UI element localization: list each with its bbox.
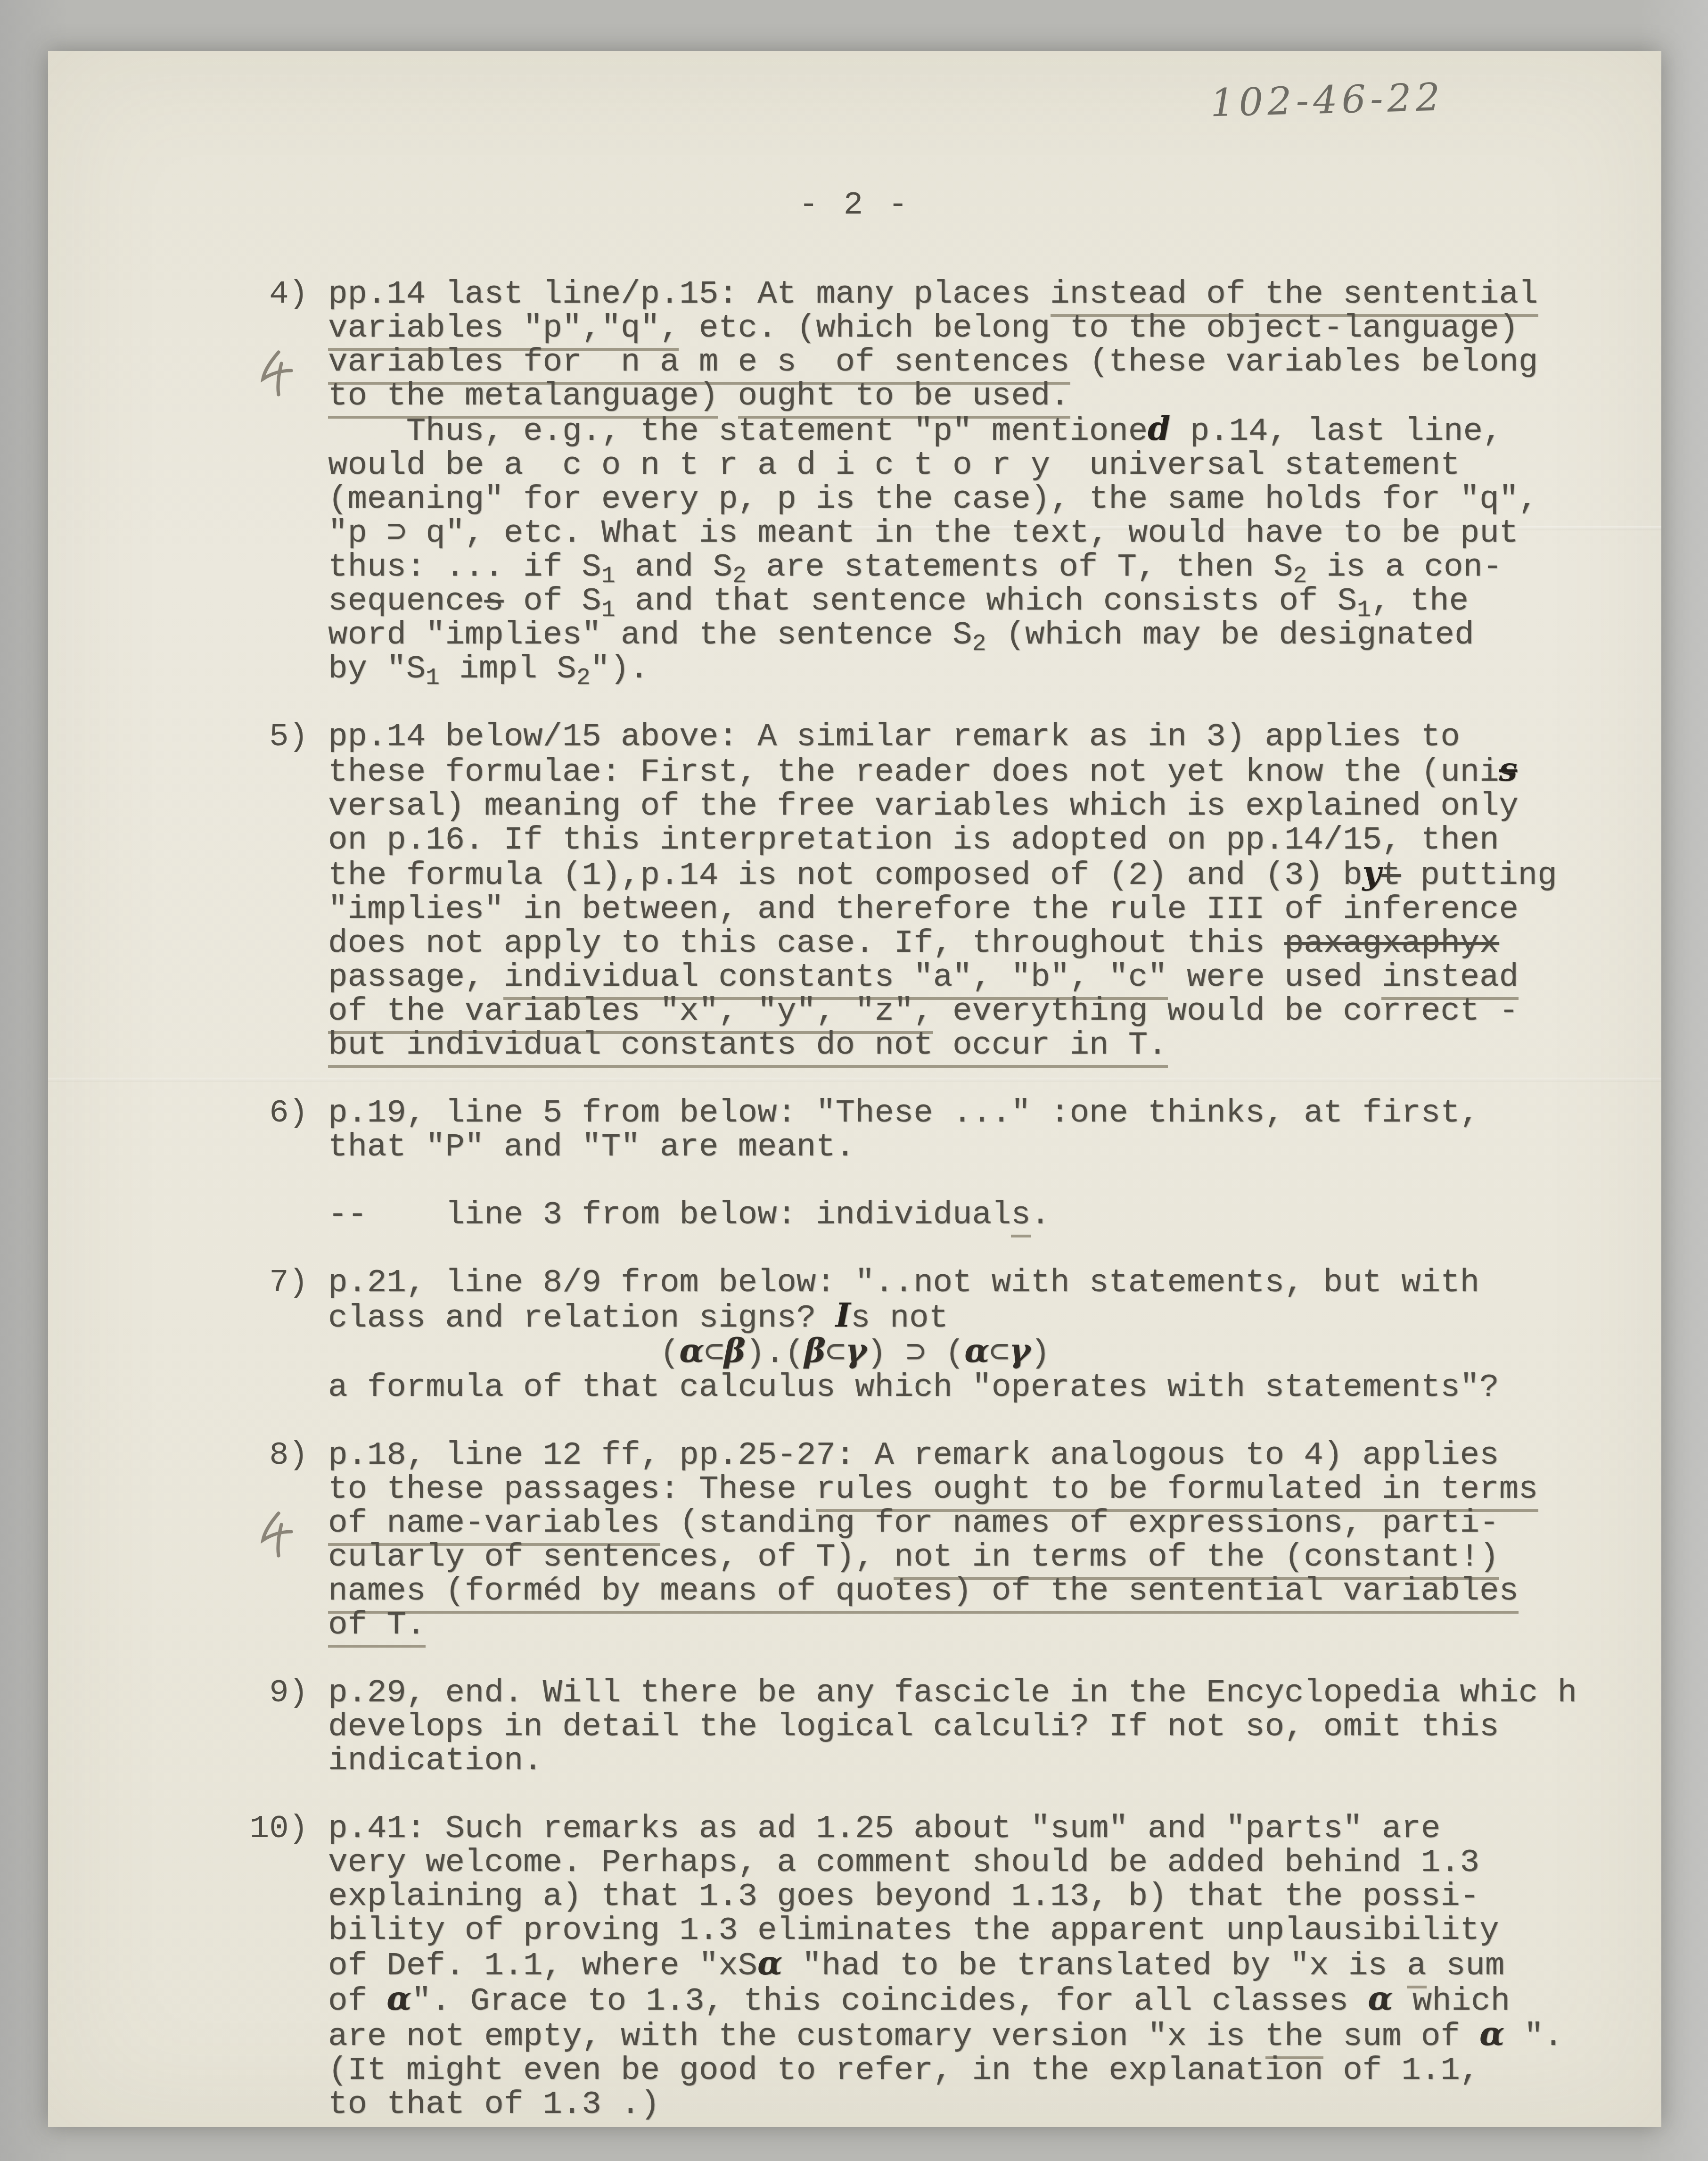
item: 9)p.29, end. Will there be any fascicle … <box>206 1676 1661 1778</box>
text-segment: ⊂ <box>989 1335 1009 1372</box>
text-segment: 2 <box>972 630 986 657</box>
text-segment: ⊂ <box>704 1335 724 1372</box>
text-segment: ought to be used. <box>738 378 1070 419</box>
text-segment: "p ⊃ q", etc. What is meant in the text,… <box>328 515 1519 552</box>
text-line: to the metalanguage) ought to be used. <box>328 379 1608 413</box>
text-segment: "implies" in between, and therefore the … <box>328 891 1519 928</box>
text-line: indication. <box>328 1744 1608 1778</box>
text-segment: very welcome. Perhaps, a comment should … <box>328 1844 1479 1881</box>
text-segment: does not apply to this case. If, through… <box>328 925 1284 962</box>
item-body: pp.14 last line/p.15: At many places ins… <box>328 277 1608 686</box>
text-line: the formula (1),p.14 is not composed of … <box>328 857 1608 892</box>
text-line: p.41: Such remarks as ad 1.25 about "sum… <box>328 1812 1608 1846</box>
text-line: of α". Grace to 1.3, this coincides, for… <box>328 1983 1608 2018</box>
text-segment: ". <box>1504 2018 1563 2055</box>
handwritten-greek-letter: α <box>386 1980 411 2018</box>
text-segment: . <box>1031 1196 1050 1233</box>
handwritten-greek-letter: α <box>964 1332 989 1370</box>
text-segment: (meaning" for every p, p is the case), t… <box>328 481 1538 518</box>
text-segment: that "P" and "T" are meant. <box>328 1129 855 1165</box>
text-segment: passage, <box>328 959 504 996</box>
text-line: bility of proving 1.3 eliminates the app… <box>328 1914 1608 1947</box>
handwritten-greek-letter: β <box>724 1332 746 1370</box>
item-body: p.18, line 12 ff, pp.25-27: A remark ana… <box>328 1438 1608 1642</box>
text-line: to that of 1.3 .) <box>328 2087 1608 2121</box>
text-line: but individual constants do not occur in… <box>328 1028 1608 1062</box>
item: 6)p.19, line 5 from below: "These ..." :… <box>206 1096 1661 1232</box>
text-segment: pp.14 below/15 above: A similar remark a… <box>328 718 1460 755</box>
text-segment: Thus, e.g., the statement "p" mentione <box>328 413 1148 450</box>
pencil-margin-mark-icon <box>257 348 297 406</box>
text-segment: sum of <box>1323 2018 1479 2055</box>
text-segment: (standing for names of expressions, part… <box>660 1505 1499 1542</box>
text-line: names (forméd by means of quotes) of the… <box>328 1574 1608 1608</box>
text-segment: and that sentence which consists of S <box>616 583 1357 619</box>
text-segment: ". Grace to 1.3, this coincides, for all… <box>411 1983 1368 2020</box>
text-segment: to that of 1.3 .) <box>328 2086 660 2123</box>
text-segment: on p.16. If this interpretation is adopt… <box>328 822 1499 858</box>
text-segment: bility of proving 1.3 eliminates the app… <box>328 1912 1499 1949</box>
text-line: p.19, line 5 from below: "These ..." :on… <box>328 1096 1608 1130</box>
item: 4)pp.14 last line/p.15: At many places i… <box>206 277 1661 686</box>
text-segment: thus: ... if S <box>328 549 601 586</box>
text-segment: class and relation signs? <box>328 1300 836 1336</box>
text-segment: are not empty, with the customary versio… <box>328 2018 1265 2055</box>
text-line: on p.16. If this interpretation is adopt… <box>328 823 1608 857</box>
text-line: explaining a) that 1.3 goes beyond 1.13,… <box>328 1880 1608 1914</box>
text-segment: s <box>1011 1196 1030 1237</box>
text-segment: is a con- <box>1307 549 1502 586</box>
text-segment: and S <box>616 549 732 586</box>
text-segment: p.18, line 12 ff, pp.25-27: A remark ana… <box>328 1437 1499 1474</box>
item-number: 4) <box>206 277 328 686</box>
text-segment: word "implies" and the sentence S <box>328 617 972 653</box>
item: 10)p.41: Such remarks as ad 1.25 about "… <box>206 1812 1661 2121</box>
text-line: sequences of S1 and that sentence which … <box>328 584 1608 618</box>
text-segment: to these passages: These <box>328 1471 816 1508</box>
text-line: class and relation signs? Is not <box>328 1300 1608 1335</box>
item-number: 5) <box>206 720 328 1062</box>
text-line: "implies" in between, and therefore the … <box>328 892 1608 926</box>
handwritten-greek-letter: β <box>804 1332 826 1370</box>
handwritten-correction: y <box>1363 854 1381 892</box>
item-number: 10) <box>206 1812 328 2121</box>
item-body: pp.14 below/15 above: A similar remark a… <box>328 720 1608 1062</box>
text-line: versal) meaning of the free variables wh… <box>328 789 1608 823</box>
text-line: passage, individual constants "a", "b", … <box>328 960 1608 994</box>
text-line: p.18, line 12 ff, pp.25-27: A remark ana… <box>328 1438 1608 1472</box>
text-segment: a formula of that calculus which "operat… <box>328 1369 1499 1406</box>
pencil-margin-mark-icon <box>257 1509 297 1567</box>
text-segment: of S <box>504 583 601 619</box>
text-segment: of Def. 1.1, where "xS <box>328 1947 757 1984</box>
text-segment: names (forméd by means of quotes) of the… <box>328 1573 1519 1614</box>
handwritten-correction: s <box>1499 751 1517 789</box>
text-line: would be a c o n t r a d i c t o r y uni… <box>328 448 1608 482</box>
handwritten-archive-number: 102-46-22 <box>1210 76 1445 126</box>
text-line <box>328 1164 1608 1198</box>
text-line: a formula of that calculus which "operat… <box>328 1370 1608 1404</box>
handwritten-greek-letter: α <box>1368 1980 1393 2018</box>
text-line: these formulae: First, the reader does n… <box>328 754 1608 789</box>
text-segment: etc. (which belong to the object-languag… <box>679 310 1519 346</box>
text-segment: p.29, end. Will there be any fascicle in… <box>328 1674 1577 1711</box>
text-segment: to the metalanguage) <box>328 378 718 419</box>
text-segment: t <box>1381 857 1401 894</box>
text-segment: ⊂ <box>826 1335 846 1372</box>
text-segment: versal) meaning of the free variables wh… <box>328 788 1519 825</box>
remarks-list: 4)pp.14 last line/p.15: At many places i… <box>48 277 1661 2155</box>
text-line: thus: ... if S1 and S2 are statements of… <box>328 550 1608 584</box>
item-number: 6) <box>206 1096 328 1232</box>
item: 8)p.18, line 12 ff, pp.25-27: A remark a… <box>206 1438 1661 1642</box>
text-segment: of T. <box>328 1607 426 1648</box>
handwritten-greek-letter: α <box>1479 2015 1504 2054</box>
item-number: 9) <box>206 1676 328 1778</box>
item-number: 7) <box>206 1266 328 1404</box>
text-segment: (It might even be good to refer, in the … <box>328 2052 1479 2089</box>
text-line: by "S1 impl S2"). <box>328 652 1608 686</box>
text-line: of Def. 1.1, where "xSα "had to be trans… <box>328 1947 1608 1983</box>
text-line: (α⊂β).(β⊂γ) ⊃ (α⊂γ) <box>328 1335 1608 1370</box>
text-segment: which <box>1393 1983 1510 2020</box>
text-segment: everything would be correct - <box>933 993 1519 1030</box>
item-body: p.19, line 5 from below: "These ..." :on… <box>328 1096 1608 1232</box>
text-segment: sum <box>1427 1947 1505 1984</box>
text-line: that "P" and "T" are meant. <box>328 1130 1608 1164</box>
scanned-page: 102-46-22 - 2 - 4)pp.14 last line/p.15: … <box>0 0 1708 2161</box>
item-body: p.29, end. Will there be any fascicle in… <box>328 1676 1608 1778</box>
text-segment: "had to be translated by "x is <box>782 1947 1407 1984</box>
item-body: p.21, line 8/9 from below: "..not with s… <box>328 1266 1608 1404</box>
handwritten-greek-letter: α <box>757 1945 782 1983</box>
text-segment: s <box>484 583 503 619</box>
item: 5)pp.14 below/15 above: A similar remark… <box>206 720 1661 1062</box>
text-line: of the variables "x", "y", "z", everythi… <box>328 994 1608 1028</box>
text-segment: ) ⊃ ( <box>867 1335 964 1372</box>
text-line: cularly of sentences, of T), not in term… <box>328 1540 1608 1574</box>
text-line: Thus, e.g., the statement "p" mentioned … <box>328 413 1608 448</box>
text-segment: p.41: Such remarks as ad 1.25 about "sum… <box>328 1810 1440 1847</box>
text-segment: (these variables belong <box>1070 344 1538 380</box>
text-line: are not empty, with the customary versio… <box>328 2018 1608 2054</box>
text-segment: were used <box>1167 959 1382 996</box>
text-segment: s not <box>851 1300 948 1336</box>
text-line: "p ⊃ q", etc. What is meant in the text,… <box>328 516 1608 550</box>
text-segment: -- line 3 from below: individual <box>328 1196 1011 1233</box>
text-line: develops in detail the logical calculi? … <box>328 1710 1608 1744</box>
text-segment: are statements of T, then S <box>747 549 1293 586</box>
text-segment: impl S <box>440 651 576 687</box>
text-line: word "implies" and the sentence S2 (whic… <box>328 618 1608 652</box>
text-segment <box>718 378 738 414</box>
text-line: p.29, end. Will there be any fascicle in… <box>328 1676 1608 1710</box>
text-segment: pp.14 last line/p.15: At many places <box>328 276 1050 313</box>
text-segment: ).( <box>746 1335 804 1372</box>
text-line: variables "p","q", etc. (which belong to… <box>328 311 1608 345</box>
handwritten-correction: I <box>836 1297 851 1335</box>
text-segment: develops in detail the logical calculi? … <box>328 1708 1499 1745</box>
text-line: variables for n a m e s of sentences (th… <box>328 345 1608 379</box>
text-segment: ) <box>1031 1335 1050 1372</box>
text-segment: "). <box>591 651 649 687</box>
text-segment: but individual constants do not occur in… <box>328 1027 1167 1068</box>
text-segment: p.21, line 8/9 from below: "..not with s… <box>328 1264 1479 1301</box>
text-segment: p.14, last line, <box>1170 413 1502 450</box>
text-segment: these formulae: First, the reader does n… <box>328 754 1499 791</box>
text-line: to these passages: These rules ought to … <box>328 1472 1608 1506</box>
text-segment: a <box>1407 1947 1426 1988</box>
text-segment: explaining a) that 1.3 goes beyond 1.13,… <box>328 1878 1479 1915</box>
text-segment: 2 <box>576 664 591 691</box>
text-line: of name-variables (standing for names of… <box>328 1506 1608 1540</box>
text-segment: paxagxaphyx <box>1284 925 1499 962</box>
text-segment: of <box>328 1983 386 2020</box>
text-line: very welcome. Perhaps, a comment should … <box>328 1846 1608 1880</box>
handwritten-greek-letter: γ <box>846 1332 867 1370</box>
text-segment: (which may be designated <box>986 617 1474 653</box>
text-segment: p.19, line 5 from below: "These ..." :on… <box>328 1095 1479 1131</box>
text-segment: putting <box>1401 857 1557 894</box>
handwritten-correction: d <box>1148 410 1170 448</box>
handwritten-greek-letter: γ <box>1009 1332 1031 1370</box>
text-segment: by "S <box>328 651 426 687</box>
text-line: does not apply to this case. If, through… <box>328 926 1608 960</box>
text-line: pp.14 below/15 above: A similar remark a… <box>328 720 1608 754</box>
text-segment: the formula (1),p.14 is not composed of … <box>328 857 1363 894</box>
text-line: p.21, line 8/9 from below: "..not with s… <box>328 1266 1608 1300</box>
handwritten-greek-letter: α <box>679 1332 704 1370</box>
text-segment: ( <box>328 1335 679 1372</box>
text-line: -- line 3 from below: individuals. <box>328 1198 1608 1232</box>
text-line: (It might even be good to refer, in the … <box>328 2054 1608 2087</box>
text-line: pp.14 last line/p.15: At many places ins… <box>328 277 1608 311</box>
text-segment: indication. <box>328 1742 542 1779</box>
text-line: (meaning" for every p, p is the case), t… <box>328 482 1608 516</box>
page-number: - 2 - <box>48 187 1661 223</box>
text-segment: sequence <box>328 583 484 619</box>
text-segment: 1 <box>426 664 440 691</box>
text-segment: cularly of sentences, of T), <box>328 1539 894 1575</box>
item-body: p.41: Such remarks as ad 1.25 about "sum… <box>328 1812 1608 2121</box>
paper-sheet: 102-46-22 - 2 - 4)pp.14 last line/p.15: … <box>48 51 1661 2127</box>
text-segment: , the <box>1371 583 1469 619</box>
text-segment: would be a c o n t r a d i c t o r y uni… <box>328 447 1460 484</box>
item: 7)p.21, line 8/9 from below: "..not with… <box>206 1266 1661 1404</box>
